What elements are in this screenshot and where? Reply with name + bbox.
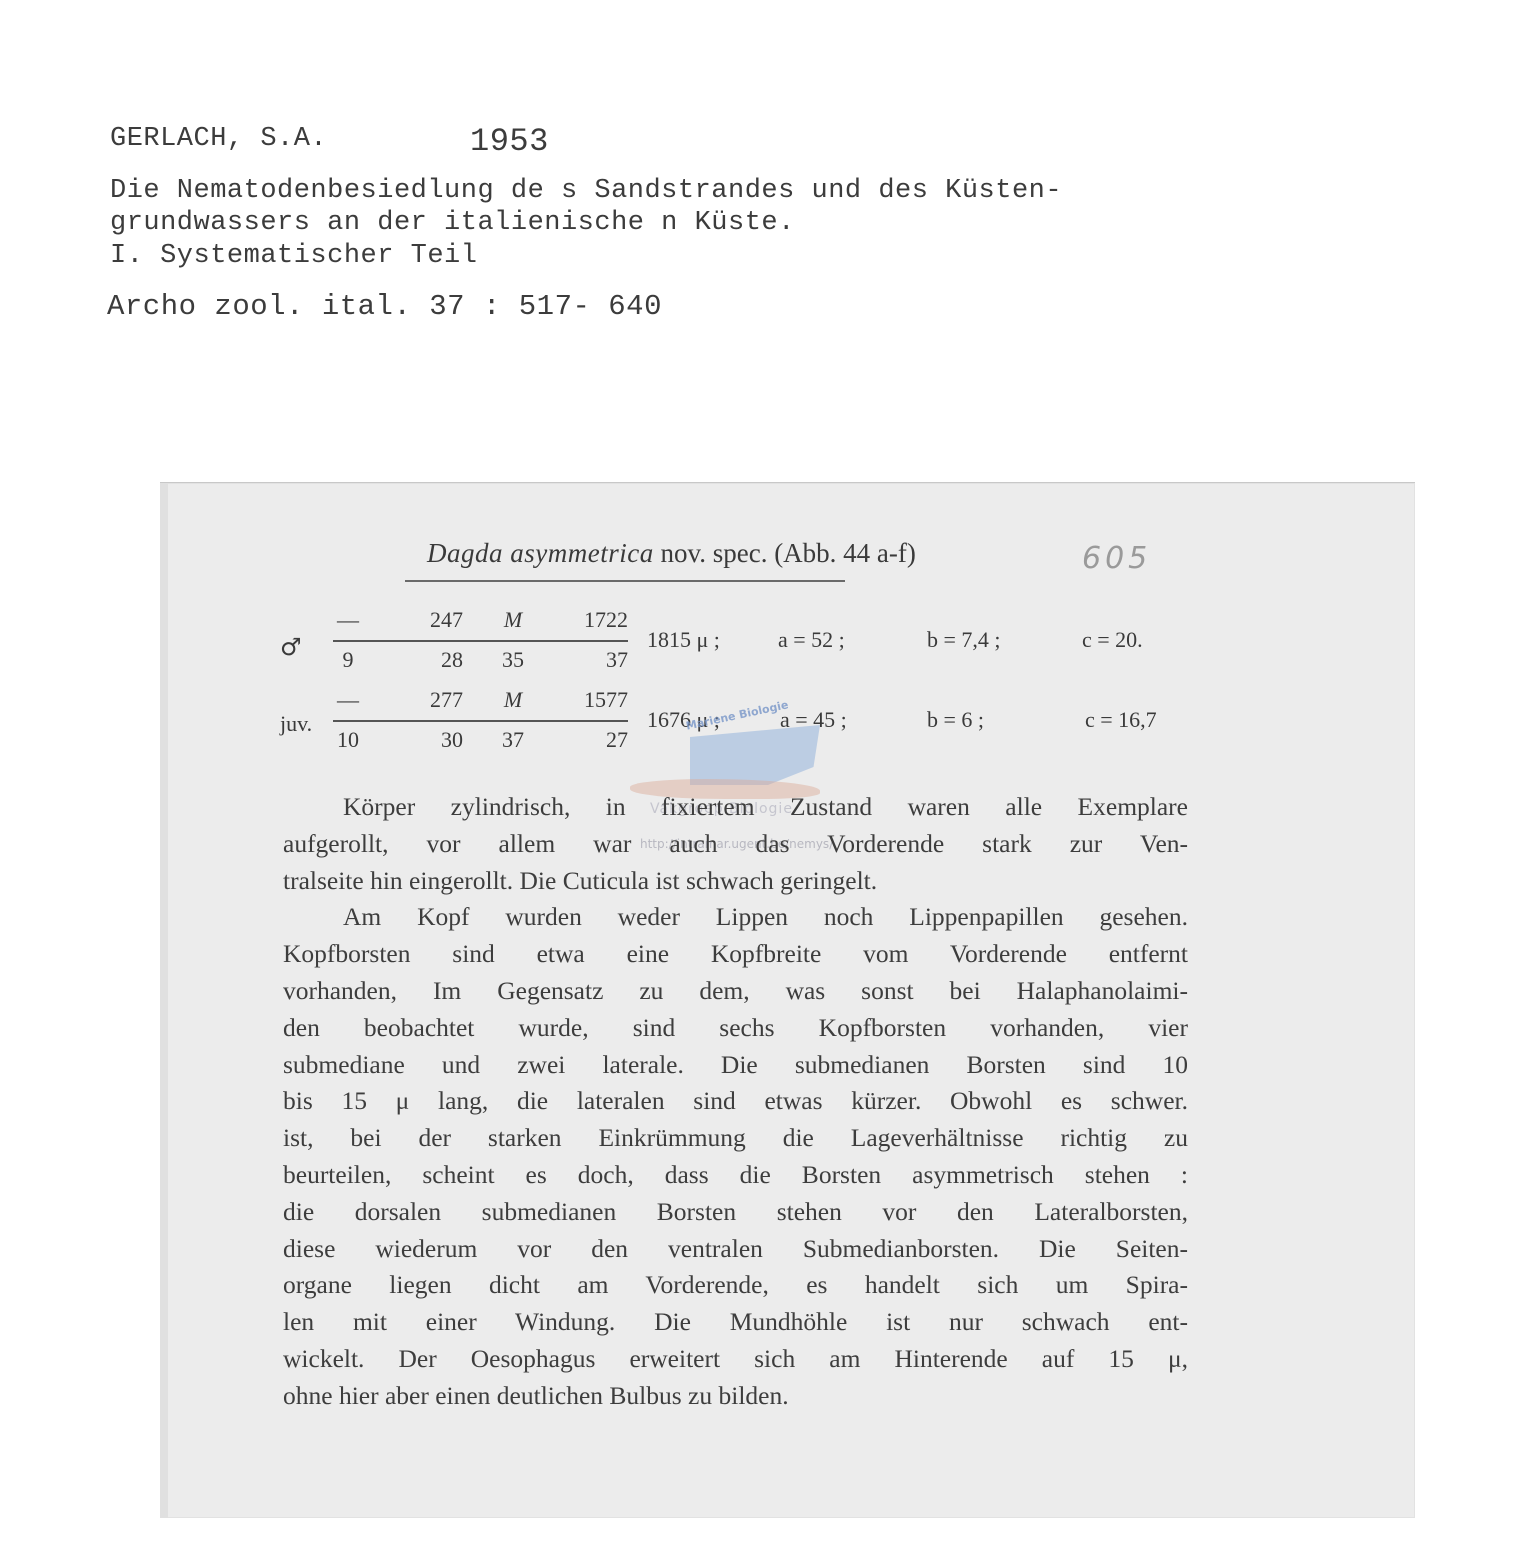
handwritten-number: 605 (1082, 541, 1151, 576)
juvenile-c: c = 16,7 (1085, 707, 1157, 733)
text-line: den beobachtet wurde, sind sechs Kopfbor… (283, 1010, 1188, 1047)
species-underline (405, 580, 845, 582)
reference-title-line-1: Die Nematodenbesiedlung de s Sandstrande… (110, 178, 1062, 205)
juvenile-label: juv. (280, 711, 312, 737)
text-line: submediane und zwei laterale. Die submed… (283, 1047, 1188, 1084)
cell: 30 (403, 727, 463, 753)
paragraph-1: Körper zylindrisch, in fixiertem Zustand… (283, 789, 1188, 899)
text-line: beurteilen, scheint es doch, dass die Bo… (283, 1157, 1188, 1194)
male-symbol-icon: ♂ (280, 633, 302, 661)
juvenile-numerator: — 277 M 1577 (333, 687, 628, 713)
text-line: vorhanden, Im Gegensatz zu dem, was sons… (283, 973, 1188, 1010)
text-line: Körper zylindrisch, in fixiertem Zustand… (283, 789, 1188, 826)
watermark-boat-icon (690, 725, 820, 785)
cell: M (493, 607, 533, 633)
male-denominator: 9 28 35 37 (333, 647, 628, 673)
juvenile-denominator: 10 30 37 27 (333, 727, 628, 753)
clipping-edge (160, 483, 168, 1518)
text-line: ist, bei der starken Einkrümmung die Lag… (283, 1120, 1188, 1157)
article-clipping: Dagda asymmetrica nov. spec. (Abb. 44 a-… (160, 482, 1415, 1518)
cell: 9 (333, 647, 363, 673)
reference-title-line-2: grundwassers an der italienische n Küste… (110, 210, 795, 237)
cell: 37 (563, 647, 628, 673)
text-line: wickelt. Der Oesophagus erweitert sich a… (283, 1341, 1188, 1378)
paragraph-2: Am Kopf wurden weder Lippen noch Lippenp… (283, 899, 1188, 1414)
text-line: ohne hier aber einen deutlichen Bulbus z… (283, 1378, 1188, 1415)
text-line: len mit einer Windung. Die Mundhöhle ist… (283, 1304, 1188, 1341)
fraction-bar (333, 640, 628, 642)
cell: — (333, 607, 363, 633)
cell: 28 (403, 647, 463, 673)
juvenile-length: 1676 μ ; (647, 707, 720, 733)
reference-journal: Archo zool. ital. 37 : 517- 640 (107, 292, 662, 321)
cell: 247 (403, 607, 463, 633)
fraction-bar (333, 720, 628, 722)
text-line: Kopfborsten sind etwa eine Kopfbreite vo… (283, 936, 1188, 973)
cell: M (493, 687, 533, 713)
juvenile-b: b = 6 ; (927, 707, 984, 733)
juvenile-a: a = 45 ; (780, 707, 847, 733)
text-line: die dorsalen submedianen Borsten stehen … (283, 1194, 1188, 1231)
cell: 277 (403, 687, 463, 713)
text-line: bis 15 μ lang, die lateralen sind etwas … (283, 1083, 1188, 1120)
cell: 1577 (563, 687, 628, 713)
cell: 37 (493, 727, 533, 753)
text-line: organe liegen dicht am Vorderende, es ha… (283, 1267, 1188, 1304)
male-a: a = 52 ; (778, 627, 845, 653)
reference-title-line-3: I. Systematischer Teil (110, 243, 477, 270)
cell: 27 (563, 727, 628, 753)
male-c: c = 20. (1082, 627, 1143, 653)
male-length: 1815 μ ; (647, 627, 720, 653)
reference-year: 1953 (470, 126, 549, 158)
text-line: tralseite hin eingerollt. Die Cuticula i… (283, 863, 1188, 900)
reference-author: GERLACH, S.A. (110, 126, 327, 153)
text-line: diese wiederum vor den ventralen Submedi… (283, 1231, 1188, 1268)
cell: — (333, 687, 363, 713)
male-numerator: — 247 M 1722 (333, 607, 628, 633)
text-line: Am Kopf wurden weder Lippen noch Lippenp… (283, 899, 1188, 936)
male-b: b = 7,4 ; (927, 627, 1001, 653)
cell: 35 (493, 647, 533, 673)
species-name: Dagda asymmetrica (427, 538, 654, 568)
article-body: Körper zylindrisch, in fixiertem Zustand… (283, 789, 1188, 1415)
cell: 1722 (563, 607, 628, 633)
text-line: aufgerollt, vor allem war auch das Vorde… (283, 826, 1188, 863)
species-descriptor: nov. spec. (Abb. 44 a-f) (654, 538, 916, 568)
species-heading: Dagda asymmetrica nov. spec. (Abb. 44 a-… (427, 538, 916, 569)
cell: 10 (333, 727, 363, 753)
